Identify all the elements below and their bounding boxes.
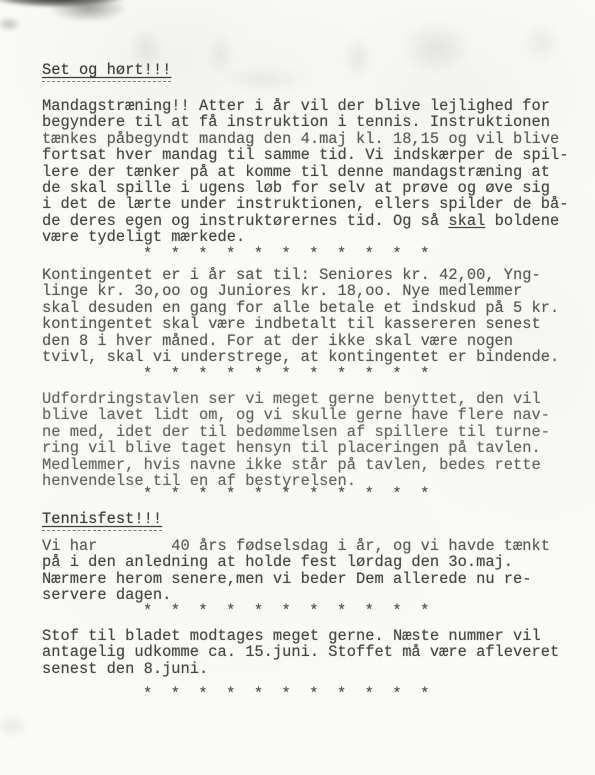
text-line: begyndere til at få instruktion i tennis… xyxy=(42,114,565,130)
text-line: de skal spille i ugens løb for selv at p… xyxy=(42,180,565,196)
asterisk-separator: * * * * * * * * * * * xyxy=(143,603,565,619)
kontingent-para: Kontingentet er i år sat til: Seniores k… xyxy=(42,267,565,365)
text-line: fortsat hver mandag til samme tid. Vi in… xyxy=(42,147,565,163)
fodselsdag-para: Vi har 40 års fødselsdag i år, og vi hav… xyxy=(42,538,565,604)
text-line: Mandagstræning!! Atter i år vil der bliv… xyxy=(42,98,565,114)
bleed-through-mark xyxy=(0,712,30,740)
set-og-hort-heading-text: Set og hørt!!! xyxy=(42,61,171,82)
text-line: tænkes påbegyndt mandag den 4.maj kl. 18… xyxy=(42,131,565,147)
text-line: skal desuden en gang for alle betale et … xyxy=(42,300,565,316)
text-line: blive lavet lidt om, og vi skulle gerne … xyxy=(42,407,565,423)
scanned-page: { "colors": { "ink": "#3e3e3e", "paper":… xyxy=(0,0,595,775)
text-line: kontingentet skal være indbetalt til kas… xyxy=(42,316,565,332)
text-line: Medlemmer, hvis navne ikke står på tavle… xyxy=(42,457,565,473)
text-line: Vi har 40 års fødselsdag i år, og vi hav… xyxy=(42,538,565,554)
text-line: lere der tænker på at komme til denne ma… xyxy=(42,164,565,180)
asterisk-separator: * * * * * * * * * * * xyxy=(143,246,565,262)
text-line: være tydeligt mærkede. xyxy=(42,229,565,245)
text-line: ring vil blive taget hensyn til placerin… xyxy=(42,440,565,456)
document-body: Set og hørt!!!Mandagstræning!! Atter i å… xyxy=(0,0,595,702)
text-line: Stof til bladet modtages meget gerne. Næ… xyxy=(42,628,565,644)
text-line: tvivl, skal vi understrege, at kontingen… xyxy=(42,349,565,365)
text-segment: boldene xyxy=(485,212,559,230)
asterisk-separator: * * * * * * * * * * * xyxy=(143,686,565,702)
text-line: i det de lærte under instruktionen, elle… xyxy=(42,196,565,212)
underlined-word: skal xyxy=(448,212,485,230)
text-line: senest den 8.juni. xyxy=(42,661,565,677)
text-segment: de deres egen og instruktørernes tid. Og… xyxy=(42,212,448,230)
page: Set og hørt!!!Mandagstræning!! Atter i å… xyxy=(0,0,595,775)
text-line: Nærmere herom senere,men vi beder Dem al… xyxy=(42,571,565,587)
text-line: antagelig udkomme ca. 15.juni. Stoffet m… xyxy=(42,644,565,660)
tennisfest-heading: Tennisfest!!! xyxy=(42,509,565,529)
asterisk-separator: * * * * * * * * * * * xyxy=(143,486,565,502)
text-line: de deres egen og instruktørernes tid. Og… xyxy=(42,213,565,229)
text-line: Kontingentet er i år sat til: Seniores k… xyxy=(42,267,565,283)
set-og-hort-heading: Set og hørt!!! xyxy=(42,60,565,80)
text-line: servere dagen. xyxy=(42,587,565,603)
asterisk-separator: * * * * * * * * * * * xyxy=(143,366,565,382)
text-line: den 8 i hver måned. For at der ikke skal… xyxy=(42,333,565,349)
tennisfest-heading-text: Tennisfest!!! xyxy=(42,510,162,531)
text-line: Udfordringstavlen ser vi meget gerne ben… xyxy=(42,391,565,407)
mandagstraening-para: Mandagstræning!! Atter i år vil der bliv… xyxy=(42,98,565,246)
text-line: linge kr. 3o,oo og Juniores kr. 18,oo. N… xyxy=(42,283,565,299)
text-line: på i den anledning at holde fest lørdag … xyxy=(42,554,565,570)
udfordringstavle-para: Udfordringstavlen ser vi meget gerne ben… xyxy=(42,391,565,489)
text-line: ne med, idet der til bedømmelsen af spil… xyxy=(42,424,565,440)
stof-para: Stof til bladet modtages meget gerne. Næ… xyxy=(42,628,565,677)
